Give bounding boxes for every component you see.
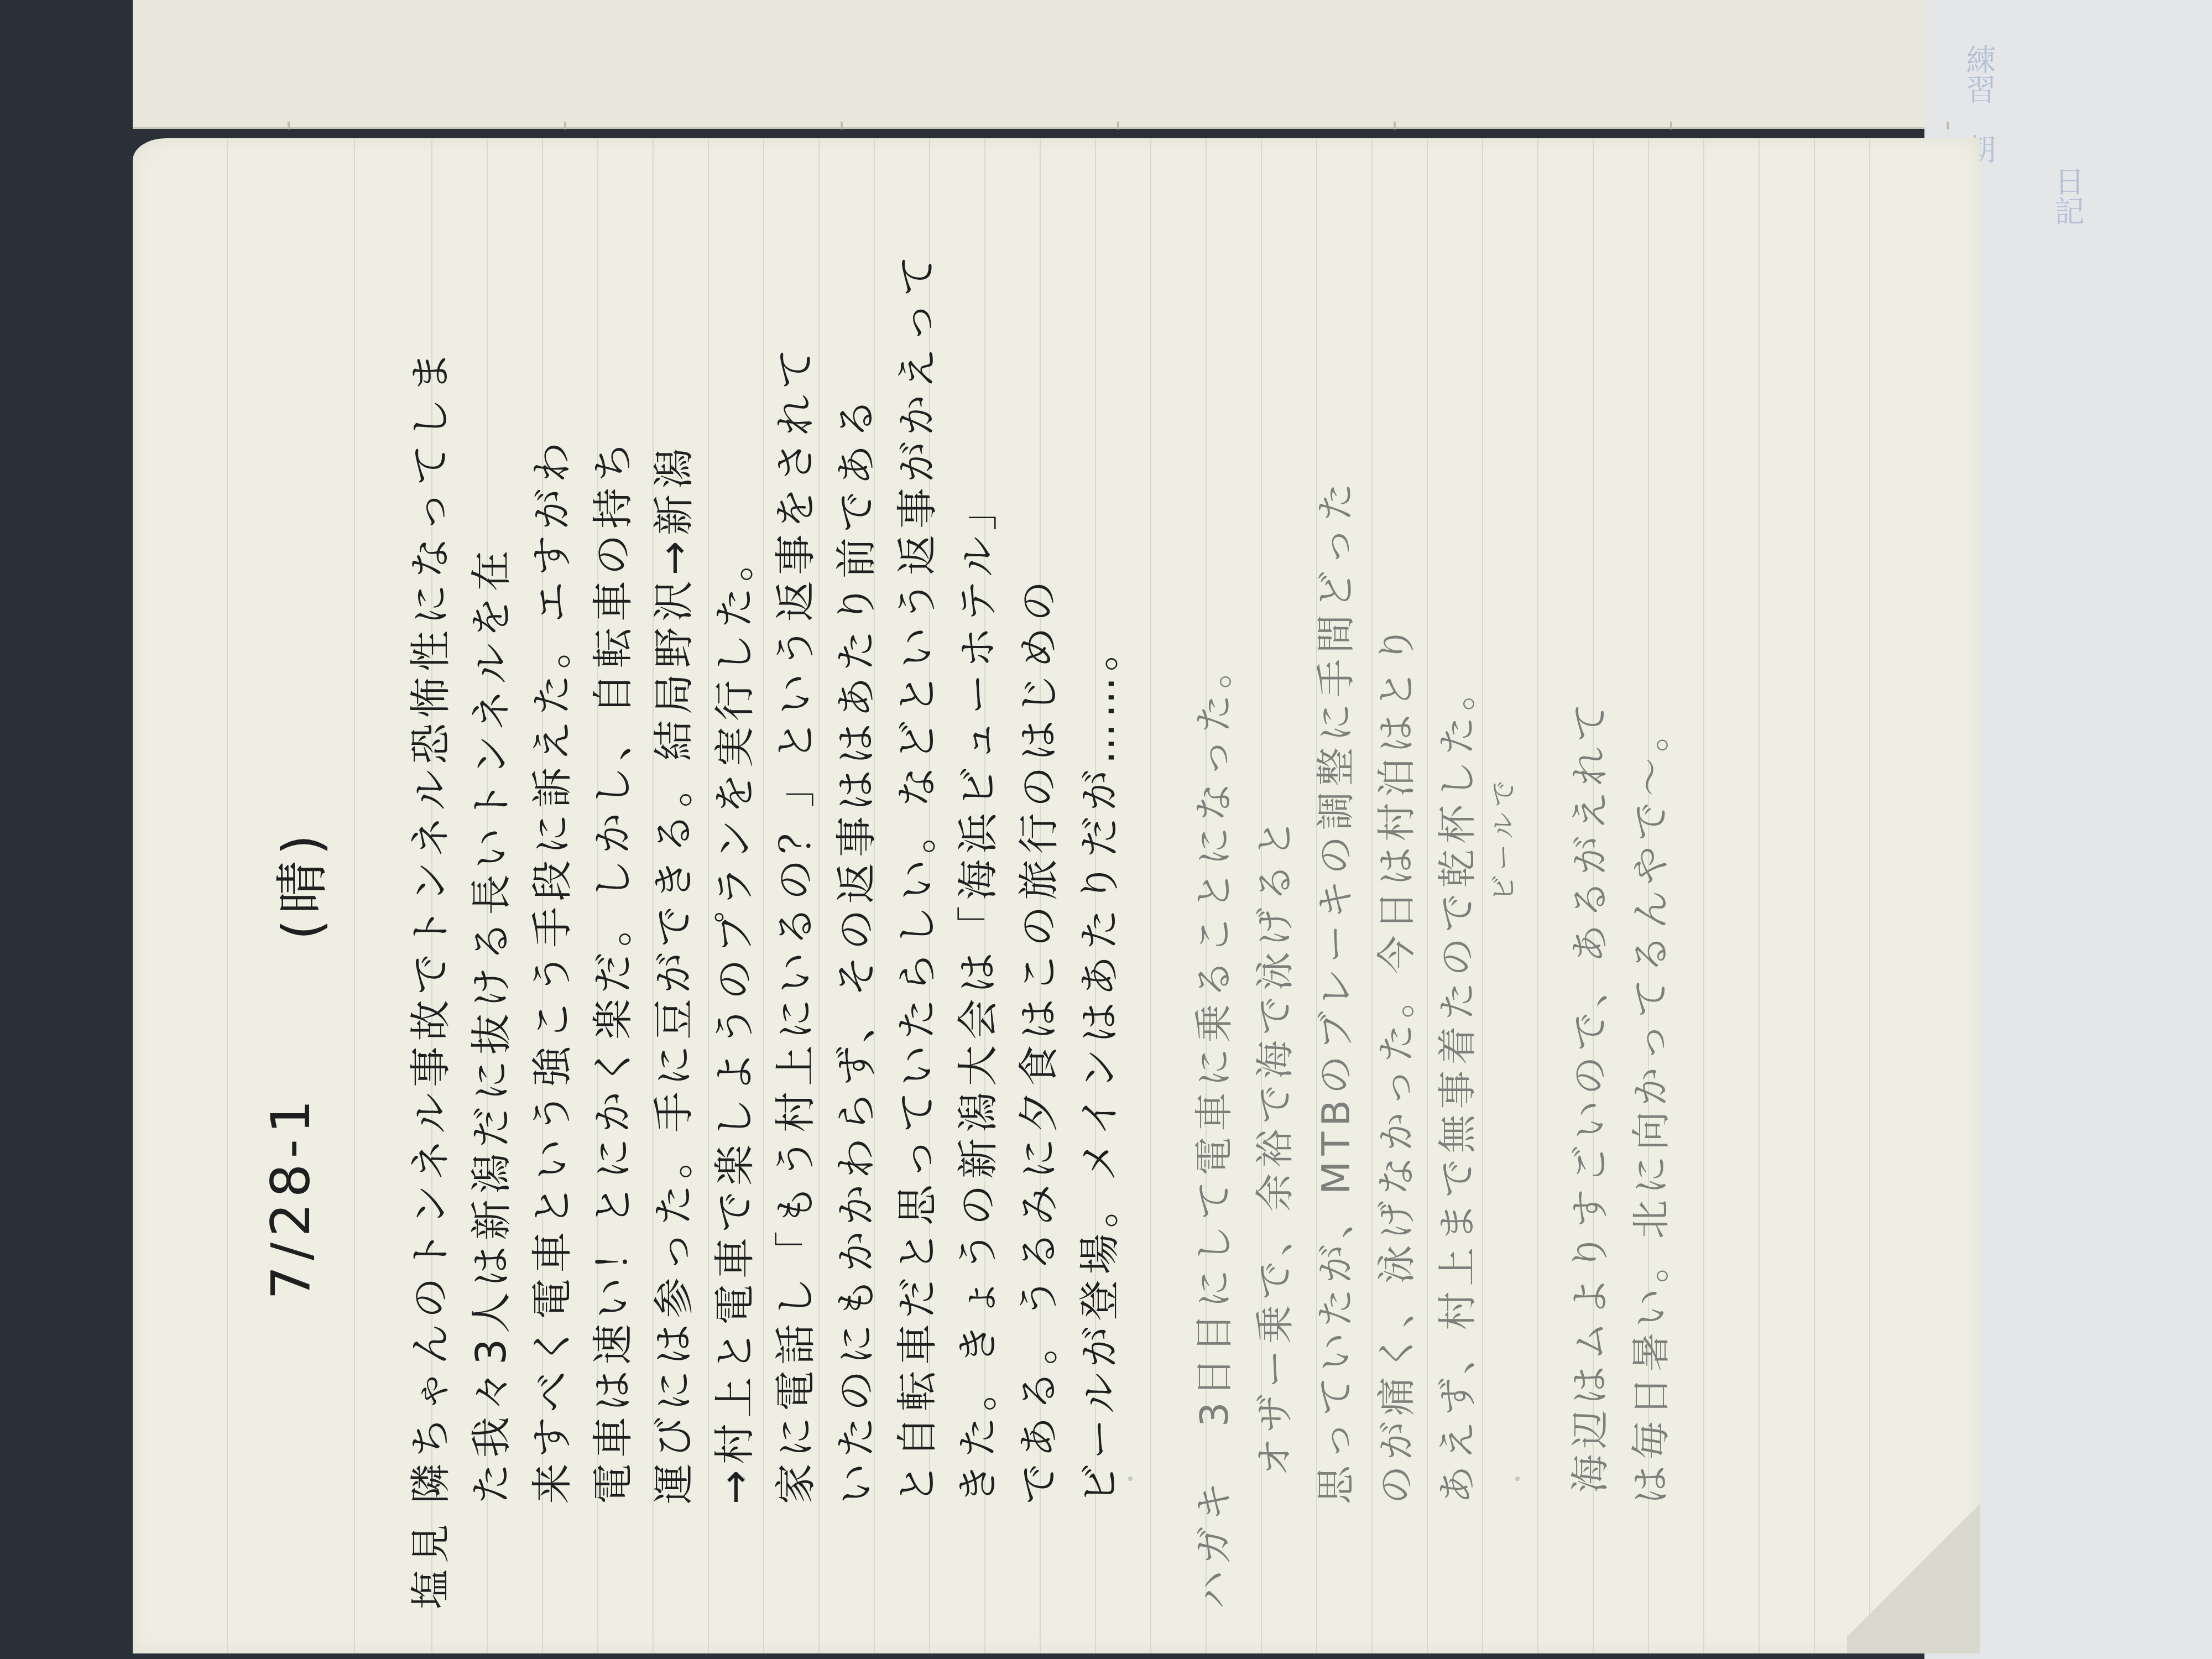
entry-weather: (晴) — [260, 829, 336, 940]
pencil-line: のが痛く、泳げなかった。今日は村泊はとり — [1366, 620, 1422, 1504]
ruled-line — [1537, 138, 1538, 1653]
ruled-line — [1759, 138, 1760, 1653]
binding-stitch — [1394, 122, 1396, 129]
pencil-line: あえず、村上まで無事着たので乾杯した。 — [1427, 667, 1483, 1504]
binding-stitch — [1117, 122, 1119, 129]
ink-line: た我々3人は新潟だに抜ける長いトンネルを在 — [459, 545, 518, 1504]
binding-stitch — [564, 122, 566, 129]
pencil-line: 思っていたが、MTBのブレーキの調整に手間どった — [1305, 477, 1361, 1504]
ruled-line — [227, 138, 228, 1653]
ruled-line — [1703, 138, 1704, 1653]
ink-line: きた。きょうの新潟大会は「海浜ビューホテル」 — [946, 484, 1004, 1504]
facing-page-edge: イ: — [133, 0, 2212, 129]
ink-line: いたのにもかかわらず、その返事ははあたり前である — [824, 393, 883, 1504]
ink-line: 電車は速い！とにかく楽だ。しかし、自転車の持ち — [581, 436, 639, 1504]
ink-line: と自転車だと思っていたらしい。などという返事がかえって — [885, 250, 943, 1504]
ruled-line — [1869, 138, 1870, 1653]
page-corner-fold — [1847, 1488, 1980, 1653]
ink-line: →村上と電車で楽しようのプランを実行した。 — [702, 535, 761, 1504]
binding-stitch — [841, 122, 843, 129]
guide-dot — [1128, 1477, 1133, 1481]
insertion-note: ビールで — [1482, 775, 1520, 901]
ruled-line — [354, 138, 355, 1653]
pencil-line: 3日目にして電車に乗ることになった。 — [1183, 644, 1239, 1427]
pencil-line: オザー乗で、余裕で海で泳げると — [1244, 813, 1300, 1477]
bleed-through-text: 日記 — [2046, 166, 2089, 226]
ruled-line — [1814, 138, 1815, 1653]
binding-stitch — [1670, 122, 1672, 129]
ink-line: 隣ちゃんのトンネル事故でトンネル恐怖性になってしま — [398, 346, 457, 1504]
section-label-shiomi: 塩見 — [398, 1519, 456, 1609]
ink-line: 来すべく電車という強こう手段に訴えた。エすがわ — [520, 436, 578, 1504]
ink-line: である。うるみに夕食はこの旅行のはじめの — [1006, 575, 1065, 1504]
ink-line: ビールが登場。メインはあたりだが……。 — [1067, 625, 1126, 1504]
ink-line: 運びには参った。手に豆ができる。結局野沢→新潟 — [641, 442, 700, 1504]
notebook-page: 7/28-1 (晴) 塩見 隣ちゃんのトンネル事故でトンネル恐怖性になってしま … — [133, 138, 1980, 1653]
pencil-line: 海辺はムよりすごいので、あるがえれて — [1559, 697, 1615, 1493]
pencil-line: は毎日暑い。北に向かってるんやで〜。 — [1620, 708, 1676, 1504]
entry-date: 7/28-1 — [260, 1094, 322, 1300]
ruled-line — [1150, 138, 1151, 1653]
binding-stitch — [1947, 122, 1949, 129]
ink-line: 家に電話し「もう村上にいるの？」という返事をされて — [763, 343, 822, 1504]
guide-dot — [1515, 1477, 1520, 1481]
section-label-postcard: ハガキ — [1183, 1477, 1239, 1609]
binding-stitch — [288, 122, 290, 129]
